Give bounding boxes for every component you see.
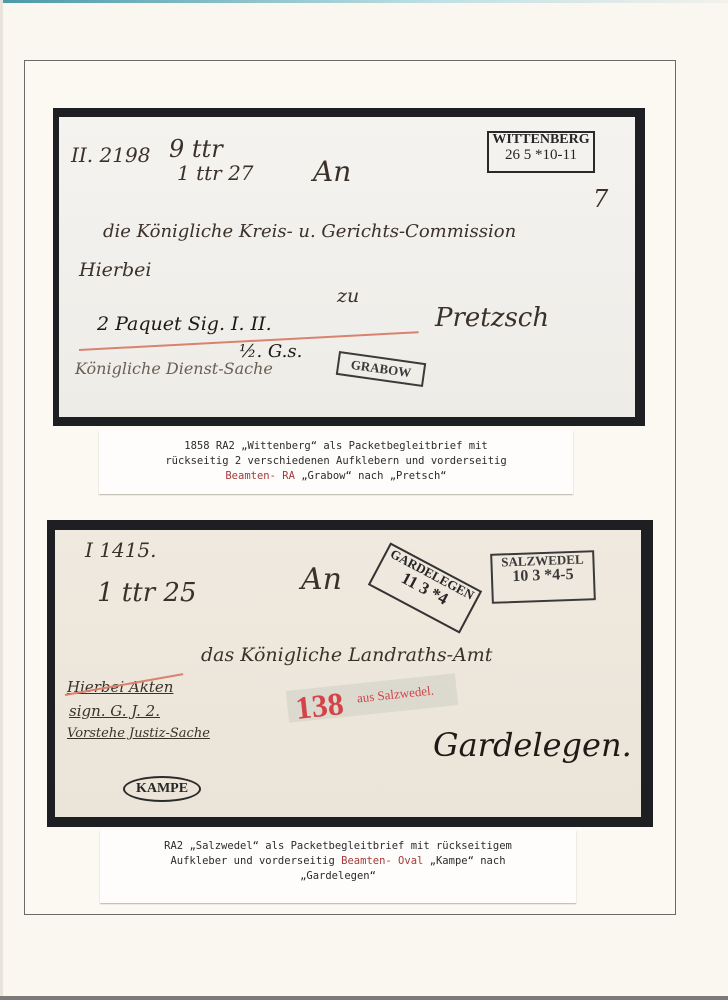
official-stamp-grabow: GRABOW (336, 351, 426, 387)
destination: Pretzsch (435, 303, 549, 333)
note-dienst: Königliche Dienst-Sache (75, 359, 273, 378)
caption-2-line-1: RA2 „Salzwedel“ als Packetbegleitbrief m… (100, 839, 576, 854)
caption-1-line-1: 1858 RA2 „Wittenberg“ als Packetbegleitb… (99, 439, 573, 454)
handwritten-reference: I 1415. (85, 538, 157, 562)
salutation: An (313, 155, 351, 188)
handwritten-line-a: 1 ttr 27 (177, 161, 254, 185)
caption-2-line-3: „Gardelegen“ (100, 869, 576, 884)
handwritten-weight: 9 ttr (169, 135, 223, 163)
caption-item-2: RA2 „Salzwedel“ als Packetbegleitbrief m… (100, 830, 576, 903)
note-justiz: Vorstehe Justiz-Sache (67, 726, 210, 741)
caption-1-highlight: Beamten- RA (225, 470, 295, 482)
note-hierbei: Hierbei (79, 259, 151, 281)
envelope-mount-2: I 1415. 1 ttr 25 GARDELEGEN 11 3 *4 SALZ… (47, 520, 653, 827)
caption-2-line-2-pre: Aufkleber und vorderseitig (170, 855, 341, 867)
envelope-wittenberg: II. 2198 9 ttr 1 ttr 27 WITTENBERG 26 5 … (59, 117, 635, 417)
label-text: aus Salzwedel. (356, 683, 434, 706)
envelope-mount-1: II. 2198 9 ttr 1 ttr 27 WITTENBERG 26 5 … (53, 108, 645, 426)
address-zu: zu (337, 285, 359, 307)
caption-2-highlight: Beamten- Oval (341, 855, 423, 867)
postmark-wittenberg: WITTENBERG 26 5 *10-11 (487, 131, 595, 173)
scan-top-edge (0, 0, 728, 3)
handwritten-weight: 1 ttr 25 (97, 578, 196, 608)
address-line-1: das Königliche Landraths-Amt (201, 644, 492, 666)
postmark-gardelegen: GARDELEGEN 11 3 *4 (368, 542, 482, 633)
album-page-frame: II. 2198 9 ttr 1 ttr 27 WITTENBERG 26 5 … (24, 60, 676, 915)
caption-item-1: 1858 RA2 „Wittenberg“ als Packetbegleitb… (99, 430, 573, 494)
note-sign: sign. G. J. 2. (69, 702, 160, 720)
official-oval-kampe: KAMPE (123, 776, 201, 802)
note-paquet: 2 Paquet Sig. I. II. (97, 313, 272, 335)
handwritten-reference: II. 2198 (71, 143, 150, 167)
parcel-label-138: 138 aus Salzwedel. (286, 673, 458, 723)
scan-left-edge (0, 0, 3, 1000)
salutation: An (301, 562, 342, 597)
caption-1-line-2: rückseitig 2 verschiedenen Aufklebern un… (99, 454, 573, 469)
note-akten: Hierbei Akten (67, 678, 173, 696)
postmark-town: WITTENBERG (489, 133, 593, 148)
caption-1-line-3: Beamten- RA „Grabow“ nach „Pretsch“ (99, 469, 573, 484)
corner-mark: 7 (593, 185, 608, 213)
label-number: 138 (294, 685, 346, 726)
postmark-salzwedel: SALZWEDEL 10 3 *4-5 (490, 550, 596, 604)
address-line-1: die Königliche Kreis- u. Gerichts-Commis… (103, 221, 516, 242)
caption-2-line-2-post: „Kampe“ nach (423, 855, 505, 867)
envelope-salzwedel: I 1415. 1 ttr 25 GARDELEGEN 11 3 *4 SALZ… (55, 530, 641, 817)
destination: Gardelegen. (433, 726, 632, 764)
scan-bottom-edge (0, 996, 728, 1000)
caption-2-line-2: Aufkleber und vorderseitig Beamten- Oval… (100, 854, 576, 869)
caption-1-line-3-rest: „Grabow“ nach „Pretsch“ (295, 470, 447, 482)
postmark-date: 26 5 *10-11 (489, 148, 593, 164)
